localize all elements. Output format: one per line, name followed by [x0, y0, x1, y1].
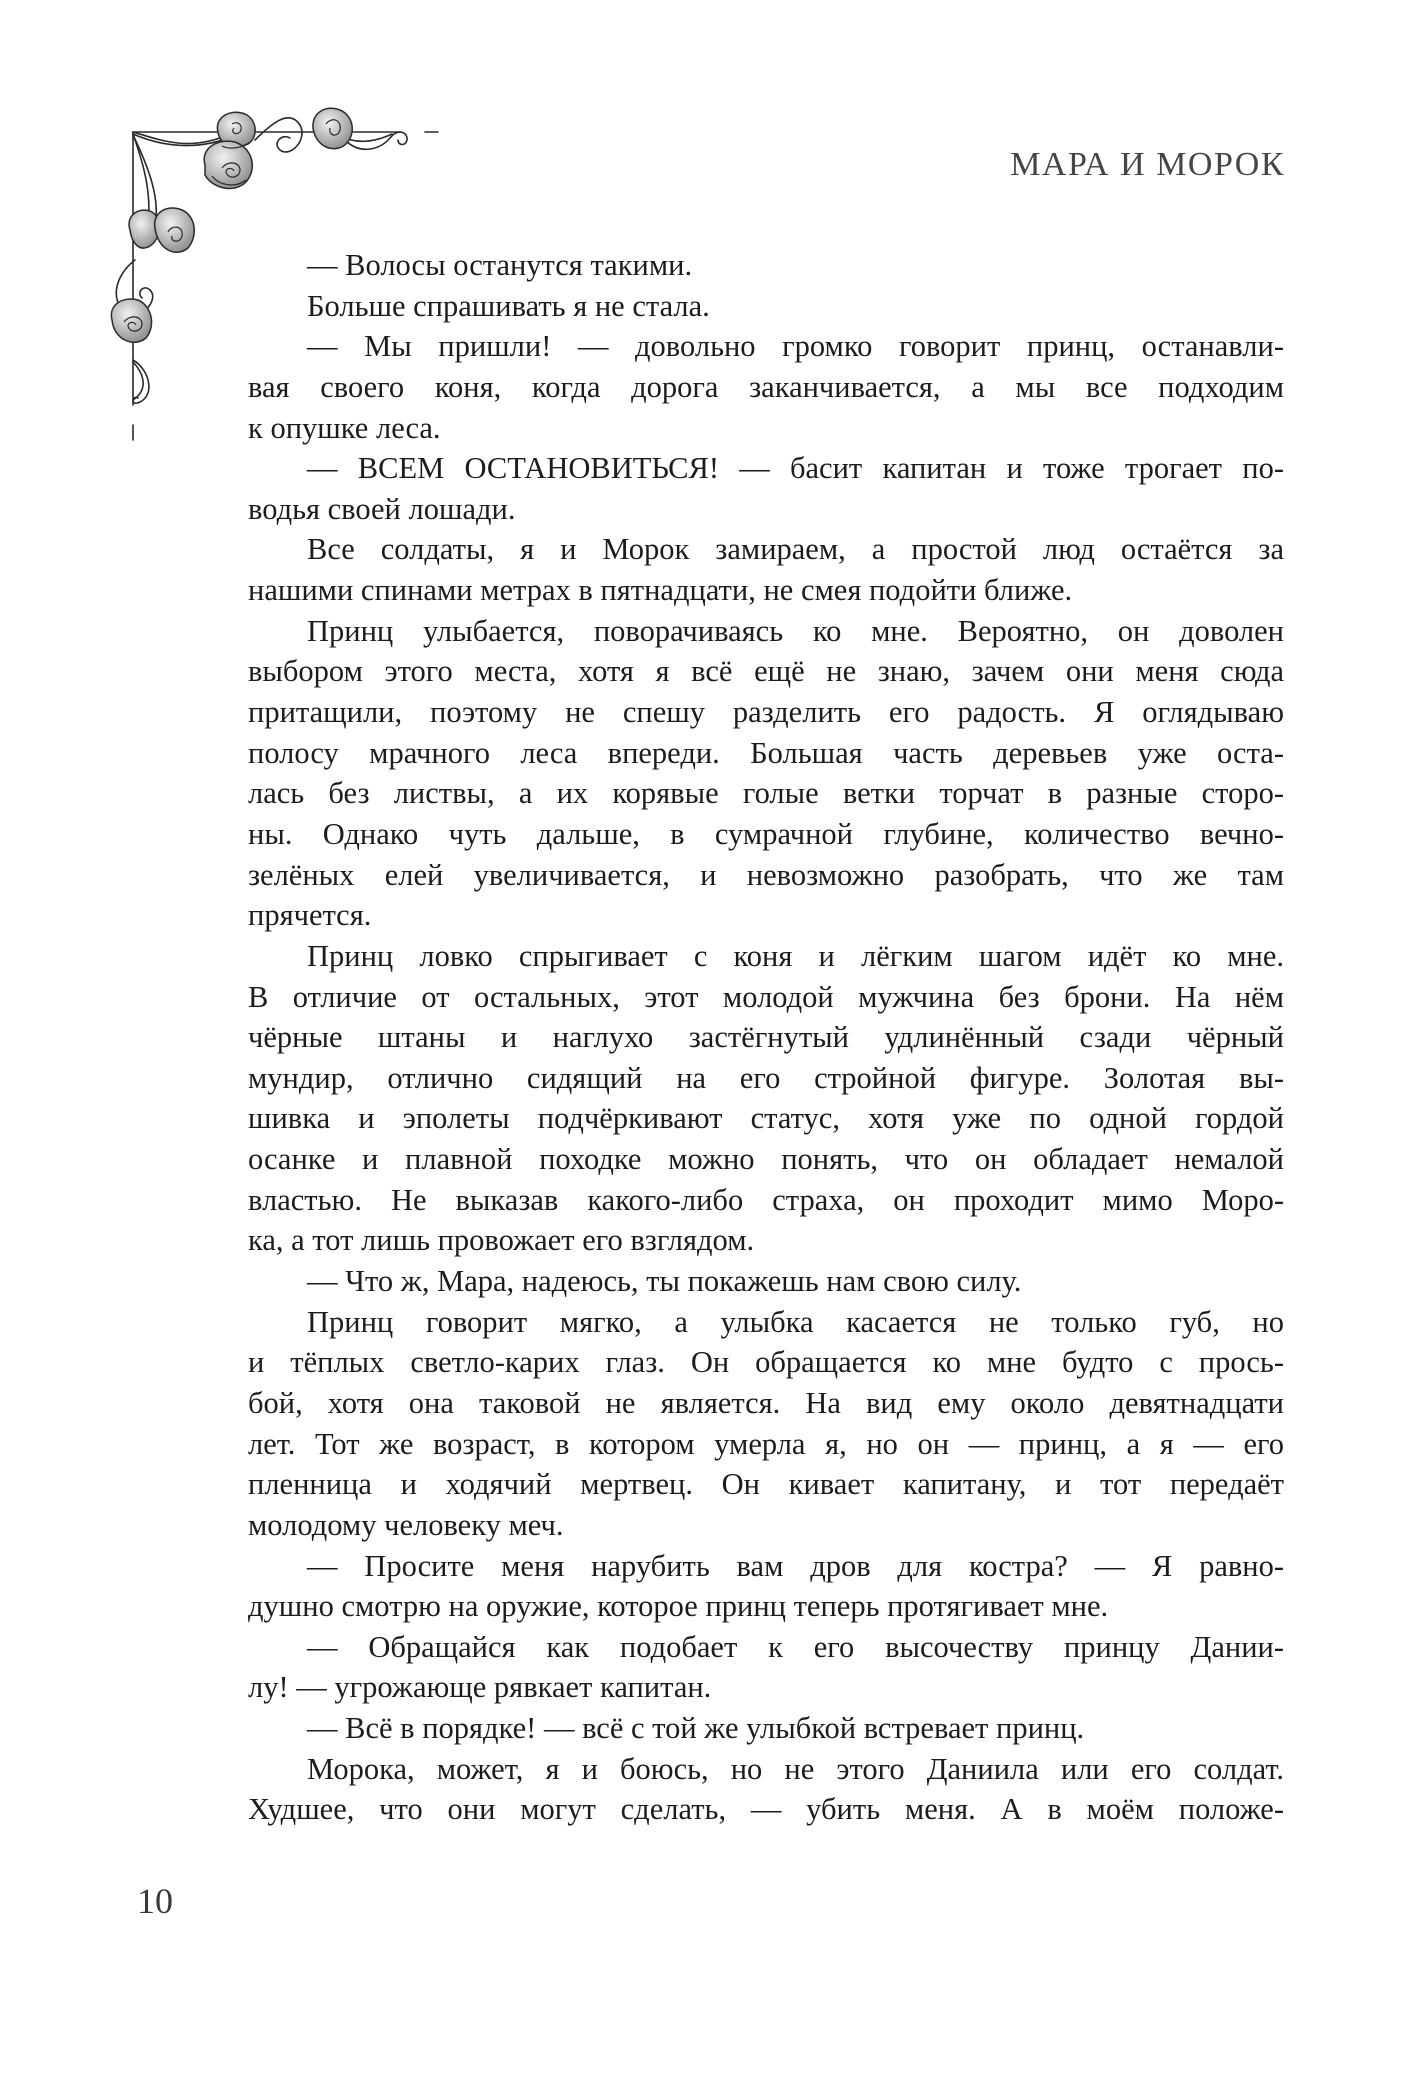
text-line: к опушке леса. [248, 408, 1284, 449]
text-line: прячется. [248, 895, 1284, 936]
text-line: Принц говорит мягко, а улыбка касается н… [248, 1302, 1284, 1343]
text-line: Больше спрашивать я не стала. [248, 286, 1284, 327]
text-line: Худшее, что они могут сделать, — убить м… [248, 1789, 1284, 1830]
text-line: пленница и ходячий мертвец. Он кивает ка… [248, 1464, 1284, 1505]
text-line: осанке и плавной походке можно понять, ч… [248, 1139, 1284, 1180]
text-line: В отличие от остальных, этот молодой муж… [248, 977, 1284, 1018]
text-line: молодому человеку меч. [248, 1505, 1284, 1546]
text-line: Морока, может, я и боюсь, но не этого Да… [248, 1749, 1284, 1790]
running-head-title: МАРА И МОРОК [985, 146, 1285, 184]
text-line: — Просите меня нарубить вам дров для кос… [248, 1546, 1284, 1587]
text-line: ка, а тот лишь провожает его взглядом. [248, 1220, 1284, 1261]
text-line: чёрные штаны и наглухо застёгнутый удлин… [248, 1017, 1284, 1058]
page-number: 10 [137, 1880, 173, 1922]
book-page: МАРА И МОРОК — Волосы останутся такими.Б… [0, 0, 1420, 2083]
text-line: душно смотрю на оружие, которое принц те… [248, 1586, 1284, 1627]
text-line: выбором этого места, хотя я всё ещё не з… [248, 651, 1284, 692]
text-line: Принц улыбается, поворачиваясь ко мне. В… [248, 611, 1284, 652]
text-line: лу! — угрожающе рявкает капитан. [248, 1667, 1284, 1708]
text-line: вая своего коня, когда дорога заканчивае… [248, 367, 1284, 408]
text-line: — Волосы останутся такими. [248, 245, 1284, 286]
text-line: нашими спинами метрах в пятнадцати, не с… [248, 570, 1284, 611]
text-line: бой, хотя она таковой не является. На ви… [248, 1383, 1284, 1424]
text-line: властью. Не выказав какого-либо страха, … [248, 1180, 1284, 1221]
text-line: лет. Тот же возраст, в котором умерла я,… [248, 1424, 1284, 1465]
body-text: — Волосы останутся такими.Больше спрашив… [248, 245, 1284, 1830]
text-line: Принц ловко спрыгивает с коня и лёгким ш… [248, 936, 1284, 977]
text-line: притащили, поэтому не спешу разделить ег… [248, 692, 1284, 733]
text-line: полосу мрачного леса впереди. Большая ча… [248, 733, 1284, 774]
text-line: мундир, отлично сидящий на его стройной … [248, 1058, 1284, 1099]
text-line: водья своей лошади. [248, 489, 1284, 530]
text-line: — ВСЕМ ОСТАНОВИТЬСЯ! — басит капитан и т… [248, 448, 1284, 489]
text-line: — Что ж, Мара, надеюсь, ты покажешь нам … [248, 1261, 1284, 1302]
text-line: шивка и эполеты подчёркивают статус, хот… [248, 1098, 1284, 1139]
text-line: — Мы пришли! — довольно громко говорит п… [248, 326, 1284, 367]
text-line: Все солдаты, я и Морок замираем, а прост… [248, 529, 1284, 570]
text-line: зелёных елей увеличивается, и невозможно… [248, 855, 1284, 896]
text-line: и тёплых светло-карих глаз. Он обращаетс… [248, 1342, 1284, 1383]
text-line: — Всё в порядке! — всё с той же улыбкой … [248, 1708, 1284, 1749]
text-line: лась без листвы, а их корявые голые ветк… [248, 773, 1284, 814]
text-line: — Обращайся как подобает к его высочеств… [248, 1627, 1284, 1668]
text-line: ны. Однако чуть дальше, в сумрачной глуб… [248, 814, 1284, 855]
